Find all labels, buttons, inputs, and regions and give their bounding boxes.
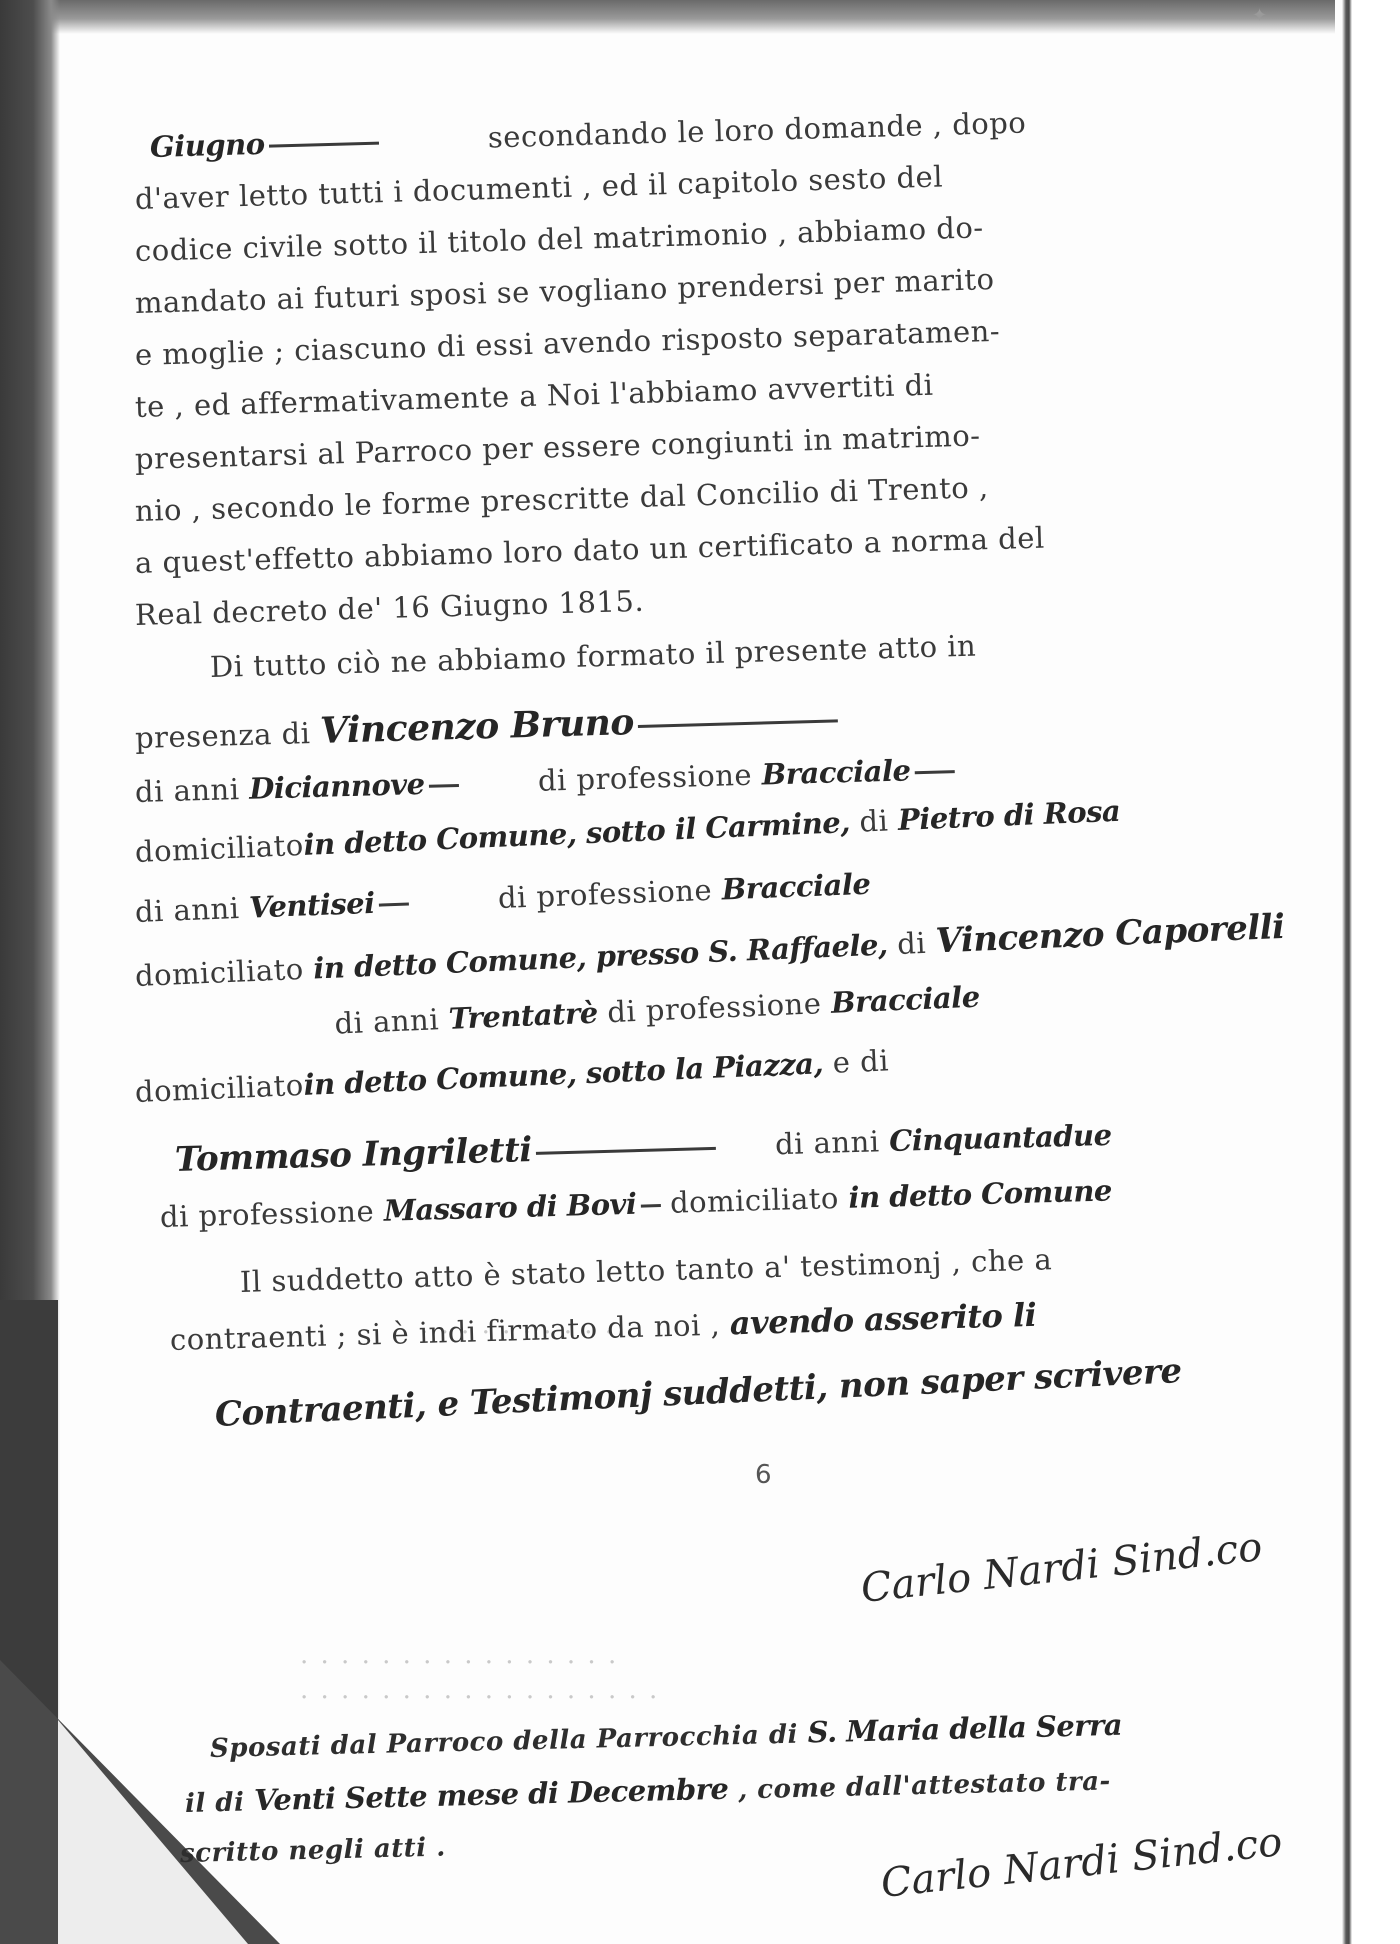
profession-label: di professione bbox=[160, 1194, 375, 1234]
closing-line-2: contraenti ; si è indi firmato da noi , … bbox=[169, 1296, 1036, 1358]
printed-text: e moglie ; ciascuno di essi avendo rispo… bbox=[135, 314, 1001, 372]
printed-text: te , ed affermativamente a Noi l'abbiamo… bbox=[135, 368, 934, 424]
witness-3-age: Trentatrè bbox=[448, 996, 598, 1036]
printed-text: il di bbox=[185, 1788, 245, 1819]
witness-1-line: presenza di Vincenzo Bruno bbox=[134, 695, 838, 757]
body-line-11: Di tutto ciò ne abbiamo formato il prese… bbox=[210, 629, 977, 684]
witness-3-profession: Bracciale bbox=[830, 980, 980, 1020]
witness-4-domicile-value: in detto Comune bbox=[848, 1173, 1112, 1214]
blank-fill-line bbox=[269, 141, 379, 147]
printed-text: Il suddetto atto è stato letto tanto a' … bbox=[240, 1242, 1053, 1299]
witness-4-details: di professione Massaro di Bovi domicilia… bbox=[160, 1173, 1113, 1234]
ink-speck: ✦ bbox=[1252, 5, 1267, 26]
handwritten-entry: avendo asserito li bbox=[729, 1296, 1036, 1343]
age-label: di anni bbox=[135, 772, 240, 809]
printed-text: Sposati dal Parroco della Parrocchia di bbox=[210, 1720, 799, 1764]
signature-syndic-footer: Carlo Nardi Sind.co bbox=[879, 1819, 1285, 1907]
body-line-10: Real decreto de' 16 Giugno 1815. bbox=[135, 584, 645, 632]
printed-text: codice civile sotto il titolo del matrim… bbox=[135, 210, 985, 268]
body-line-8: nio , secondo le forme prescritte dal Co… bbox=[135, 470, 990, 528]
witness-3-domicile: domiciliatoin detto Comune, sotto la Pia… bbox=[134, 1043, 889, 1109]
footer-line-1: Sposati dal Parroco della Parrocchia di … bbox=[210, 1708, 1123, 1764]
witness-prefix: presenza di bbox=[135, 716, 311, 755]
age-label: di anni bbox=[334, 1002, 440, 1040]
closing-line-3: Contraenti, e Testimonj suddetti, non sa… bbox=[214, 1351, 1182, 1435]
body-line-1: Giugno secondando le loro domande , dopo bbox=[150, 106, 1027, 164]
handwritten-entry: Contraenti, e Testimonj suddetti, non sa… bbox=[214, 1351, 1182, 1435]
age-label: di anni bbox=[775, 1124, 880, 1161]
printed-text: nio , secondo le forme prescritte dal Co… bbox=[135, 470, 990, 528]
domicile-label: domiciliato bbox=[670, 1181, 840, 1220]
witness-prefix: e di bbox=[832, 1043, 890, 1079]
printed-text: secondando le loro domande , dopo bbox=[487, 106, 1026, 155]
witness-1-profession: Bracciale bbox=[761, 753, 911, 791]
printed-text: d'aver letto tutti i documenti , ed il c… bbox=[135, 159, 944, 216]
signature-syndic: Carlo Nardi Sind.co bbox=[859, 1524, 1265, 1612]
blank-fill-line bbox=[379, 902, 409, 906]
witness-4-line: Tommaso Ingriletti di anni Cinquantadue bbox=[174, 1114, 1112, 1180]
scan-top-shadow bbox=[0, 0, 1335, 34]
witness-4-age: Cinquantadue bbox=[889, 1118, 1112, 1158]
printed-text: scritto negli atti . bbox=[180, 1833, 446, 1869]
witness-3-name: Vincenzo Caporelli bbox=[935, 907, 1286, 962]
scanned-document-page: . . . . . . . . . . . . . . . . . . . . … bbox=[0, 0, 1400, 1944]
witness-3-domicile-value: in detto Comune, sotto la Piazza, bbox=[303, 1046, 824, 1102]
domicile-label: domiciliato bbox=[134, 952, 304, 993]
witness-1-domicile-value: in detto Comune, sotto il Carmine, bbox=[303, 805, 851, 862]
witness-prefix: di bbox=[896, 926, 926, 961]
profession-label: di professione bbox=[497, 873, 712, 915]
footer-line-2: il di Venti Sette mese di Decembre , com… bbox=[185, 1762, 1112, 1819]
printed-text: contraenti ; si è indi firmato da noi , bbox=[170, 1308, 721, 1357]
profession-label: di professione bbox=[537, 758, 752, 798]
printed-text: , come dall'attestato tra- bbox=[738, 1766, 1111, 1805]
witness-3-details: di anni Trentatrè di professione Braccia… bbox=[134, 980, 980, 1049]
witness-2-profession: Bracciale bbox=[721, 867, 871, 907]
handwritten-entry: Giugno bbox=[150, 127, 265, 164]
printed-text: presentarsi al Parroco per essere congiu… bbox=[135, 418, 981, 476]
witness-1-domicile: domiciliatoin detto Comune, sotto il Car… bbox=[134, 794, 1121, 869]
printed-text: Real decreto de' 16 Giugno 1815. bbox=[135, 584, 645, 632]
witness-2-age: Ventisei bbox=[248, 886, 375, 925]
footer-line-3: scritto negli atti . bbox=[180, 1829, 446, 1869]
closing-line-1: Il suddetto atto è stato letto tanto a' … bbox=[240, 1242, 1053, 1299]
body-line-7: presentarsi al Parroco per essere congiu… bbox=[135, 418, 981, 476]
body-line-6: te , ed affermativamente a Noi l'abbiamo… bbox=[135, 368, 934, 424]
body-line-2: d'aver letto tutti i documenti , ed il c… bbox=[135, 159, 944, 216]
body-line-4: mandato ai futuri sposi se vogliano pren… bbox=[135, 262, 995, 320]
witness-1-details: di anni Diciannove di professione Bracci… bbox=[135, 752, 955, 809]
bleed-through-text: . . . . . . . . . . . . . . . . bbox=[300, 1640, 618, 1670]
witness-4-name: Tommaso Ingriletti bbox=[174, 1130, 532, 1180]
bleed-through-text: . . . . . . . . . . . . . . . . . . bbox=[300, 1675, 659, 1705]
blank-fill-line bbox=[914, 770, 954, 774]
domicile-label: domiciliato bbox=[134, 828, 304, 869]
age-label: di anni bbox=[134, 891, 240, 929]
witness-4-profession: Massaro di Bovi bbox=[383, 1187, 637, 1228]
blank-fill-line bbox=[429, 783, 459, 787]
profession-label: di professione bbox=[607, 986, 822, 1029]
body-line-5: e moglie ; ciascuno di essi avendo rispo… bbox=[135, 314, 1001, 372]
printed-text: Di tutto ciò ne abbiamo formato il prese… bbox=[210, 629, 977, 684]
handwritten-entry: S. Maria della Serra bbox=[807, 1708, 1122, 1750]
witness-2-domicile-value: in detto Comune, presso S. Raffaele, bbox=[313, 927, 889, 985]
witness-2-name: Pietro di Rosa bbox=[897, 794, 1121, 837]
witness-1-age: Diciannove bbox=[249, 767, 425, 806]
blank-fill-line bbox=[638, 719, 838, 728]
page-right-edge bbox=[1342, 0, 1352, 1944]
witness-2-details: di anni Ventisei di professione Braccial… bbox=[134, 867, 871, 929]
printed-text: mandato ai futuri sposi se vogliano pren… bbox=[135, 262, 995, 320]
body-line-3: codice civile sotto il titolo del matrim… bbox=[135, 210, 985, 268]
handwritten-entry: Venti Sette mese di Decembre bbox=[254, 1772, 729, 1818]
blank-fill-line bbox=[536, 1146, 716, 1154]
witness-1-name: Vincenzo Bruno bbox=[319, 701, 634, 752]
page-right-margin bbox=[1352, 0, 1400, 1944]
domicile-label: domiciliato bbox=[134, 1068, 304, 1109]
margin-mark: 6 bbox=[755, 1460, 772, 1490]
printed-text: a quest'effetto abbiamo loro dato un cer… bbox=[135, 521, 1046, 580]
witness-prefix: di bbox=[859, 803, 889, 838]
blank-fill-line bbox=[640, 1204, 660, 1208]
body-line-9: a quest'effetto abbiamo loro dato un cer… bbox=[135, 521, 1046, 580]
